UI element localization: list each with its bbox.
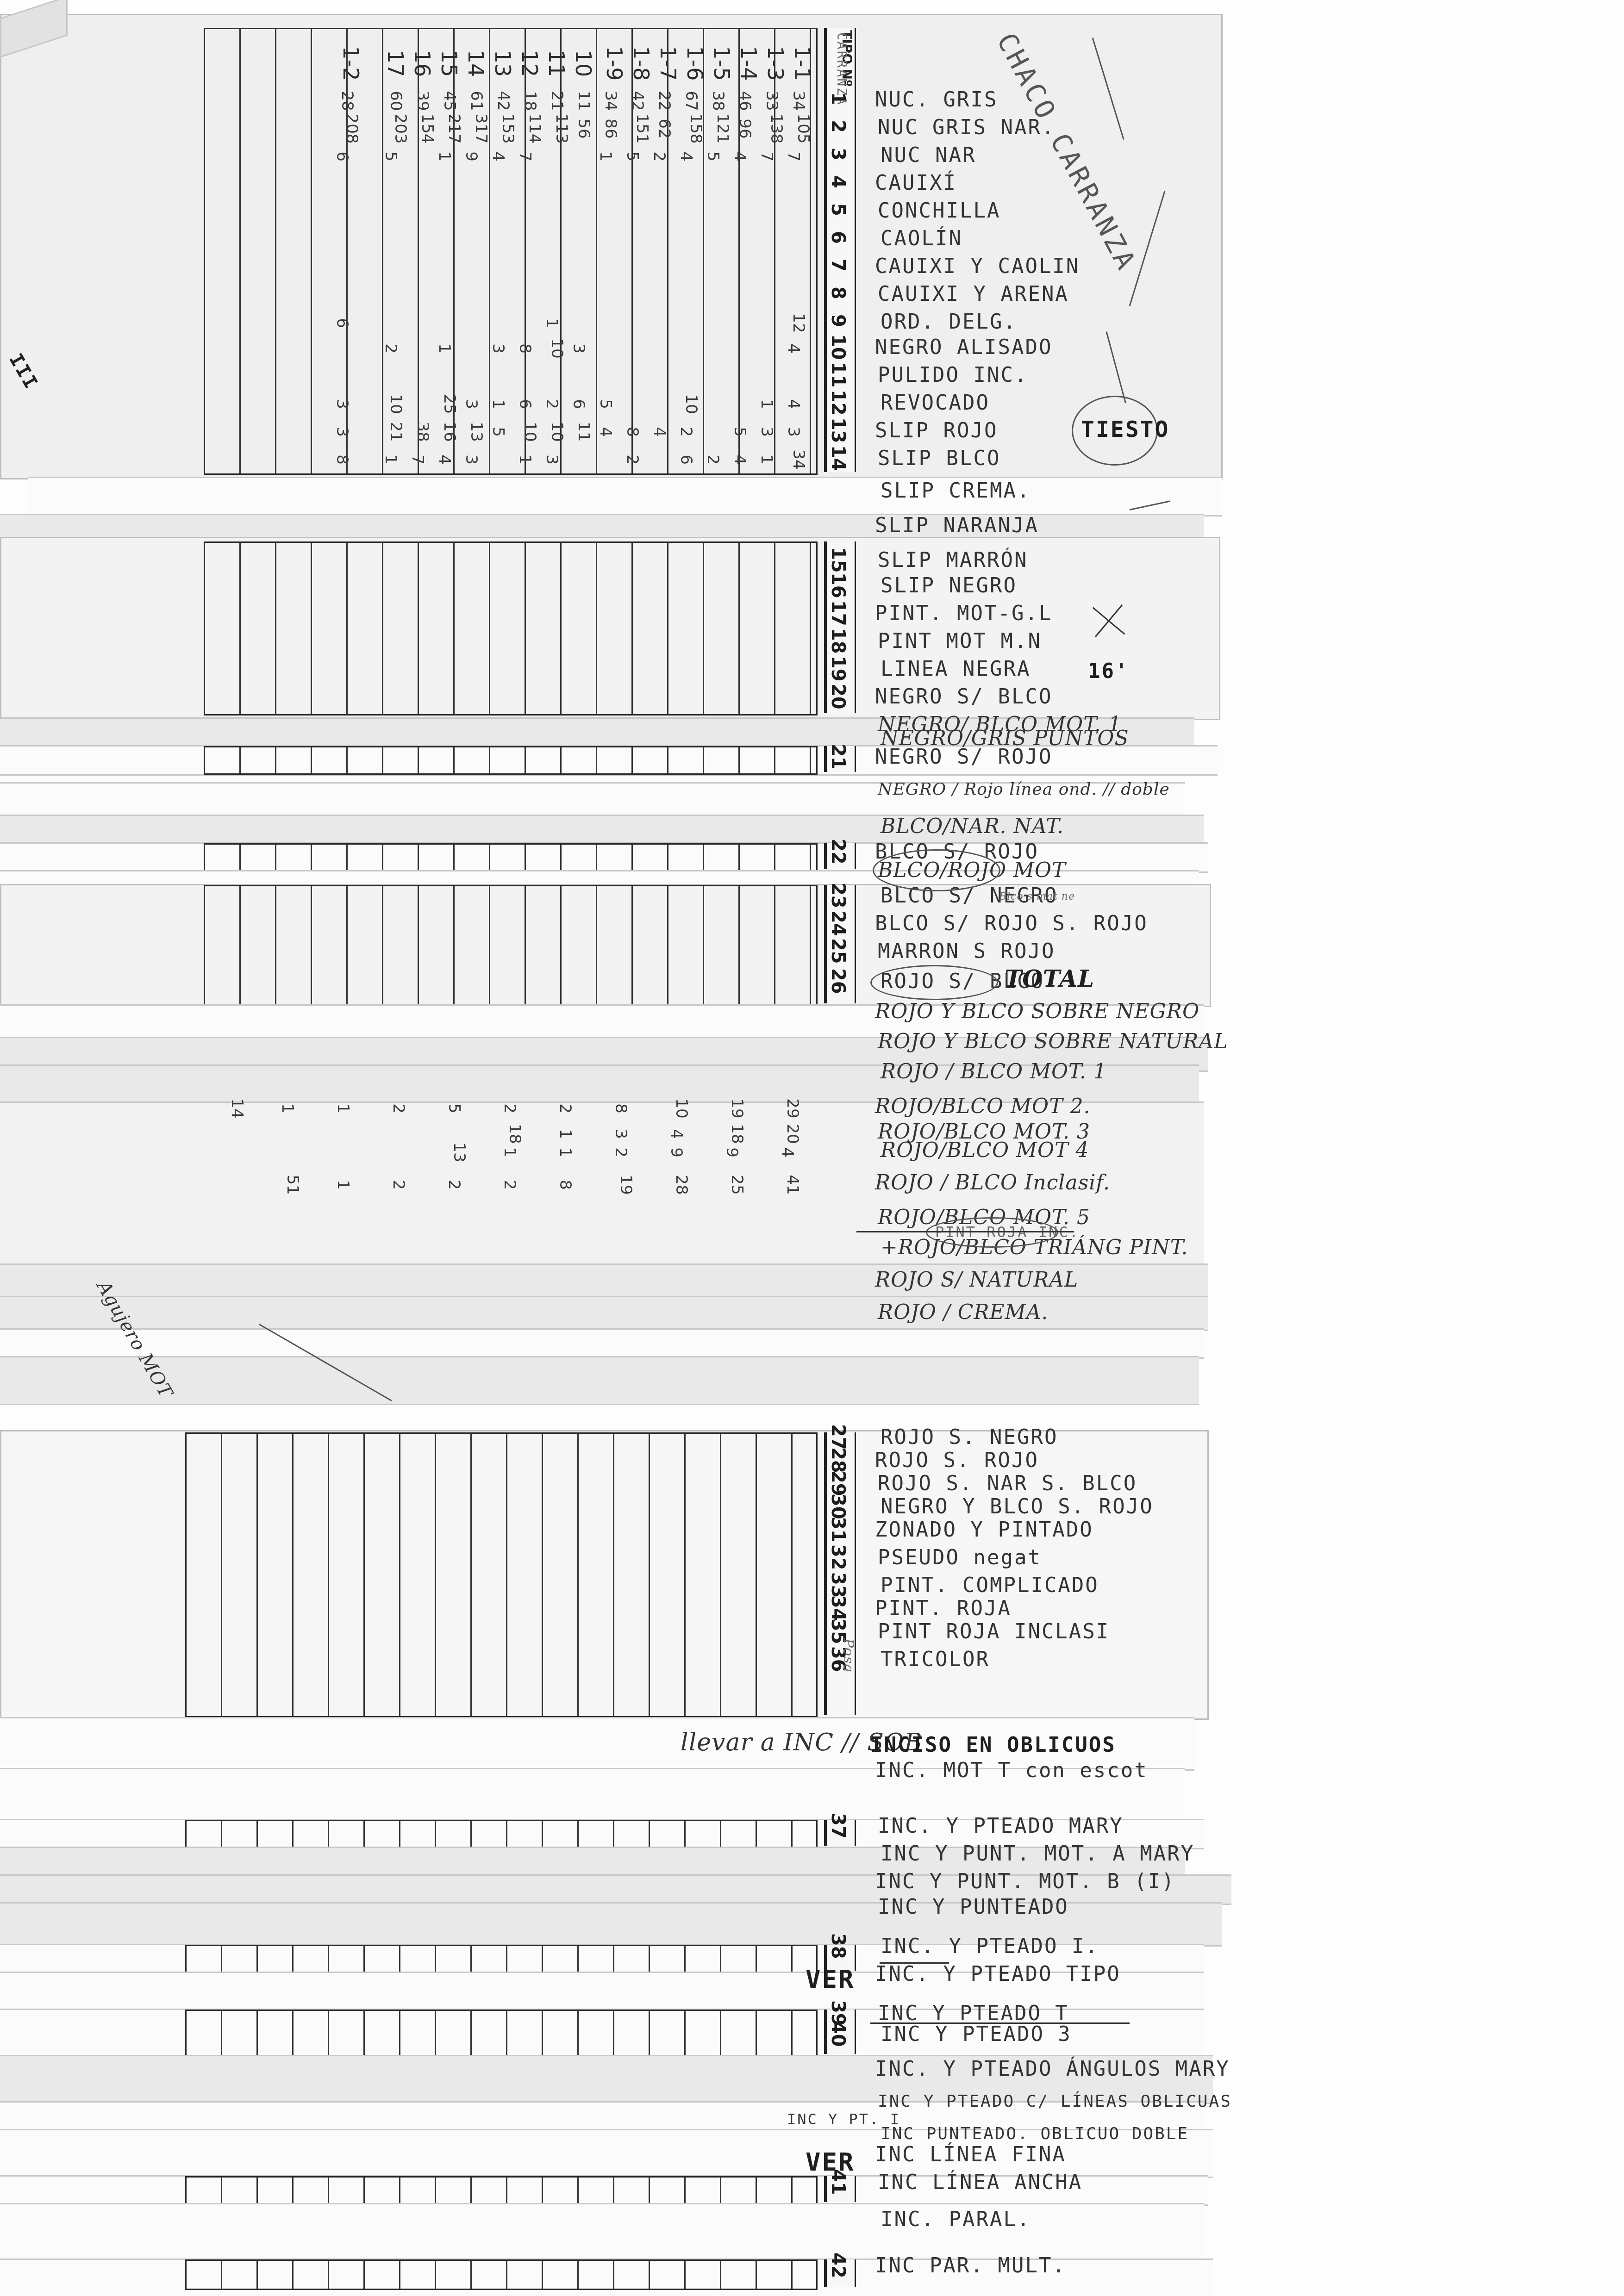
table-cell: 9 [462, 151, 481, 162]
loose-tally: 1 [278, 1103, 297, 1114]
sample-column-header: 13 [490, 50, 515, 77]
data-grid-23-26 [204, 885, 818, 1006]
type-label: SLIP NARANJA [875, 514, 1039, 537]
type-label: INC. Y PTEADO ÁNGULOS MARY [875, 2057, 1230, 2081]
table-cell: 4 [731, 151, 749, 162]
blco-s-mat-note: Blco s mat ne [999, 891, 1075, 902]
sample-column-header: 1-9 [602, 46, 627, 81]
table-cell: 113 [552, 114, 571, 144]
type-label: PULIDO INC. [878, 363, 1028, 387]
strike-rojo-blco-incl [856, 1231, 1074, 1232]
type-label: INC. PARAL. [881, 2208, 1031, 2231]
type-number: 19 [827, 656, 849, 680]
table-cell: 34 [789, 91, 808, 111]
type-number: 2 [827, 114, 849, 138]
table-cell: 105 [794, 114, 812, 144]
type-number: 6 [827, 225, 849, 249]
type-label: INC Y PUNT. MOT. A MARY [881, 1842, 1194, 1866]
type-label: SLIP CREMA. [881, 479, 1031, 503]
type-label: NUC GRIS NAR. [878, 116, 1055, 139]
type-label: CAUIXI Y CAOLIN [875, 255, 1080, 278]
type-label: PINT. ROJA [875, 1597, 1012, 1620]
type-label: NUC NAR [881, 143, 976, 167]
type-number: 5 [827, 198, 849, 222]
type-number: 9 [827, 309, 849, 333]
total-note: TOTAL [1005, 965, 1094, 992]
table-cell: 34 [789, 449, 808, 469]
type-label: INC PAR. MULT. [875, 2254, 1066, 2277]
table-cell: 62 [655, 118, 674, 138]
loose-tally: 19 [617, 1175, 635, 1195]
table-cell: 28 [338, 91, 356, 111]
table-cell: 5 [489, 427, 507, 437]
type-label: ROJO S/ NATURAL [875, 1268, 1078, 1292]
table-cell: 3 [489, 343, 507, 354]
type-label: LINEA NEGRA [881, 657, 1031, 681]
type-label: INC. Y PTEADO TIPO [875, 1962, 1121, 1986]
sample-column-header: 1-4 [736, 46, 761, 81]
loose-tally: 1 [334, 1103, 352, 1114]
type-label: NEGRO / Rojo línea ond. // doble [878, 780, 1170, 799]
table-cell: 6 [569, 399, 588, 409]
data-grid-39-40 [185, 2010, 818, 2057]
table-cell: 3 [757, 427, 776, 437]
strip [0, 1356, 1199, 1405]
type-number: 27 [827, 1424, 849, 1448]
type-label: PSEUDO negat [878, 1546, 1042, 1569]
loose-tally: 2 [500, 1180, 519, 1190]
type-label: TRICOLOR [881, 1648, 990, 1671]
table-cell: 3 [333, 427, 351, 437]
table-cell: 5 [596, 399, 615, 409]
strip [28, 477, 1222, 516]
data-grid-41 [185, 2176, 818, 2205]
type-label: PINT. COMPLICADO [881, 1574, 1099, 1597]
type-number: 3 [827, 142, 849, 166]
type-label: ROJO S. NAR S. BLCO [878, 1472, 1137, 1495]
type-number: 12 [827, 390, 849, 414]
type-label: ROJO/BLCO MOT 4 [881, 1139, 1089, 1162]
table-cell: 2 [381, 343, 400, 354]
type-number: 7 [827, 253, 849, 277]
type-number: 40 [827, 2021, 849, 2045]
type-number: 34 [827, 1595, 849, 1619]
type-number: 30 [827, 1493, 849, 1518]
type-label: SLIP ROJO [875, 419, 998, 442]
type-number: 28 [827, 1447, 849, 1471]
table-cell: 4 [731, 454, 749, 465]
type-label: INC Y PUNT. MOT. B (I) [875, 1870, 1175, 1893]
type-number: 13 [827, 417, 849, 442]
loose-tally: 1 [500, 1147, 519, 1157]
type-label: NEGRO S/ ROJO [875, 745, 1052, 769]
type-number: 26 [827, 968, 849, 992]
data-grid-21 [204, 746, 818, 775]
table-cell: 4 [677, 151, 695, 162]
table-cell: 1 [543, 318, 561, 328]
loose-tally: 41 [783, 1175, 802, 1195]
table-cell: 121 [713, 114, 732, 144]
table-cell: 10 [387, 394, 405, 414]
strike-inc-pteado-t [870, 2022, 1130, 2024]
sample-column-header: 16 [410, 50, 435, 77]
type-number: 22 [827, 839, 849, 863]
table-cell: 39 [413, 91, 432, 111]
loose-tally: 14 [228, 1098, 246, 1118]
type-label: NEGRO S/ BLCO [875, 685, 1052, 709]
loose-tally: 20 [783, 1124, 802, 1144]
table-cell: 3 [462, 399, 481, 409]
ver-note-2: VER [806, 2147, 855, 2177]
sample-column-header: 12 [517, 50, 542, 77]
type-number: 33 [827, 1572, 849, 1596]
table-cell: 21 [387, 422, 405, 442]
table-cell: 208 [343, 114, 361, 144]
data-grid-38 [185, 1945, 818, 1973]
table-cell: 2 [650, 151, 668, 162]
type-label: INC. Y PTEADO I. [881, 1935, 1099, 1958]
table-cell: 18 [521, 91, 539, 111]
type-label: ROJO / BLCO Inclasif. [875, 1171, 1110, 1195]
table-cell: 3 [784, 427, 803, 437]
type-number: 15 [827, 547, 849, 571]
table-cell: 4 [596, 427, 615, 437]
table-cell: 8 [623, 427, 642, 437]
type-label: CAOLÍN [881, 227, 962, 250]
table-cell: 4 [784, 343, 803, 354]
loose-tally: 10 [672, 1098, 691, 1118]
sample-column-header: 10 [571, 50, 596, 77]
type-label: INC Y PTEADO C/ LÍNEAS OBLICUAS [878, 2092, 1232, 2111]
loose-tally: 1 [556, 1147, 575, 1157]
type-label: CAUIXÍ [875, 171, 957, 195]
type-label: REVOCADO [881, 391, 990, 415]
table-cell: 4 [650, 427, 668, 437]
table-cell: 1 [489, 399, 507, 409]
type-label: INC. Y PTEADO MARY [878, 1814, 1124, 1838]
type-label: NUC. GRIS [875, 88, 998, 112]
type-label: BLCO/NAR. NAT. [881, 815, 1064, 838]
loose-tally: 18 [506, 1124, 524, 1144]
table-cell: 34 [601, 91, 620, 111]
type-label: INC Y PUNTEADO [878, 1895, 1069, 1919]
loose-tally: 4 [667, 1129, 686, 1139]
loose-tally: 8 [556, 1180, 575, 1190]
type-number: 31 [827, 1517, 849, 1541]
type-label: INC LÍNEA ANCHA [878, 2171, 1082, 2194]
strip [0, 1328, 1204, 1359]
loose-tally: 2 [389, 1180, 408, 1190]
table-cell: 25 [440, 394, 459, 414]
data-grid-15-20 [204, 541, 818, 716]
table-cell: 1 [596, 151, 615, 162]
table-cell: 7 [784, 151, 803, 162]
table-cell: 1 [435, 151, 454, 162]
loose-tally: 19 [728, 1098, 746, 1118]
table-cell: 3 [462, 454, 481, 465]
loose-tally: 13 [450, 1142, 468, 1162]
table-cell: 7 [408, 454, 427, 465]
loose-tally: 9 [723, 1147, 741, 1157]
strike-inc-pteado-i [880, 1962, 949, 1964]
type-label: CONCHILLA [878, 199, 1000, 223]
type-label: ROJO / BLCO MOT. 1 [881, 1060, 1107, 1083]
table-cell: 151 [633, 114, 651, 144]
type-label: NEGRO ALISADO [875, 336, 1052, 359]
data-grid-22 [204, 843, 818, 872]
sample-column-header: 1-2 [338, 46, 363, 81]
table-cell: 11 [575, 91, 593, 111]
data-grid-42 [185, 2259, 818, 2290]
type-label: INC Y PTEADO 3 [881, 2022, 1072, 2046]
table-cell: 2 [704, 454, 722, 465]
sample-column-header: 1-5 [709, 46, 734, 81]
table-cell: 16 [440, 422, 459, 442]
mark-16: 16' [1088, 660, 1129, 683]
table-cell: 5 [731, 427, 749, 437]
table-cell: 2 [623, 454, 642, 465]
type-label: ROJO S. NEGRO [881, 1425, 1058, 1449]
inciso-note: INCISO EN OBLICUOS [870, 1733, 1116, 1757]
sample-column-header: 17 [383, 50, 408, 77]
loose-tally: 2 [445, 1180, 463, 1190]
type-number: 4 [827, 170, 849, 194]
table-cell: 4 [489, 151, 507, 162]
type-number: 17 [827, 600, 849, 624]
type-number: 18 [827, 628, 849, 652]
table-cell: 6 [677, 454, 695, 465]
type-number: 1 [827, 87, 849, 111]
table-cell: 8 [333, 454, 351, 465]
loose-tally: 25 [728, 1175, 746, 1195]
loose-tally: 4 [778, 1147, 797, 1157]
blco-rojo-oval [873, 849, 1000, 891]
type-label: ZONADO Y PINTADO [875, 1518, 1093, 1542]
posa-note: Posa [840, 1638, 856, 1673]
table-cell: 8 [516, 343, 534, 354]
type-number: 10 [827, 334, 849, 358]
sample-column-header: 14 [463, 50, 488, 77]
loose-tally: 2 [389, 1103, 408, 1114]
table-cell: 10 [548, 338, 566, 358]
loose-tally: 2 [612, 1147, 630, 1157]
loose-tally: 51 [283, 1175, 302, 1195]
type-number: 29 [827, 1470, 849, 1494]
table-cell: 3 [543, 454, 561, 465]
type-label: ROJO Y BLCO SOBRE NEGRO [875, 1000, 1199, 1023]
table-cell: 6 [333, 151, 351, 162]
type-label: PINT MOT M.N [878, 629, 1042, 653]
type-label: PINT ROJA INCLASI [878, 1620, 1110, 1643]
table-cell: 10 [682, 394, 700, 414]
type-label: INC. MOT T con escot [875, 1759, 1148, 1782]
table-cell: 42 [628, 91, 647, 111]
loose-tally: 3 [612, 1129, 630, 1139]
table-cell: 2 [543, 399, 561, 409]
sample-column-header: 15 [437, 50, 462, 77]
table-cell: 45 [440, 91, 459, 111]
type-number: 32 [827, 1544, 849, 1568]
type-number: 20 [827, 684, 849, 708]
table-cell: 61 [467, 91, 486, 111]
table-cell: 4 [784, 399, 803, 409]
table-cell: 67 [682, 91, 700, 111]
ver-note-1: VER [806, 1965, 855, 1994]
loose-tally: 29 [783, 1098, 802, 1118]
type-label: ORD. DELG. [881, 310, 1017, 334]
type-label: MARRON S ROJO [878, 940, 1055, 963]
type-number: 38 [827, 1933, 849, 1957]
loose-tally: 1 [556, 1129, 575, 1139]
table-cell: 7 [757, 151, 776, 162]
table-cell: 33 [762, 91, 781, 111]
type-label: SLIP MARRÓN [878, 548, 1028, 572]
sample-column-header: 1-7 [656, 46, 681, 81]
rojo-blco-oval [870, 965, 998, 1000]
table-cell: 317 [472, 114, 490, 144]
table-cell: 96 [736, 118, 754, 138]
table-cell: 21 [548, 91, 566, 111]
table-cell: 60 [387, 91, 405, 111]
loose-tally: 28 [672, 1175, 691, 1195]
type-label: SLIP BLCO [878, 447, 1000, 470]
table-cell: 38 [709, 91, 727, 111]
type-number: 21 [827, 744, 849, 768]
table-cell: 1 [757, 399, 776, 409]
loose-tally: 9 [667, 1147, 686, 1157]
type-number: 37 [827, 1813, 849, 1837]
loose-tally: 5 [445, 1103, 463, 1114]
data-grid-37 [185, 1820, 818, 1848]
table-cell: 5 [623, 151, 642, 162]
table-cell: 2 [677, 427, 695, 437]
table-cell: 1 [381, 454, 400, 465]
table-cell: 1 [757, 454, 776, 465]
type-label: INC Y PTEADO T [878, 2002, 1069, 2025]
table-cell: 10 [521, 422, 539, 442]
type-number: 23 [827, 883, 849, 907]
type-number: 24 [827, 910, 849, 934]
table-cell: 114 [525, 114, 544, 144]
type-number: 14 [827, 445, 849, 469]
loose-tally: 1 [334, 1180, 352, 1190]
table-cell: 22 [655, 91, 674, 111]
table-cell: 5 [704, 151, 722, 162]
scanned-tally-sheet: TIPO Nº CARRANZA CHACO CARRANZA III 1-11… [0, 0, 1624, 2296]
table-cell: 138 [767, 114, 786, 144]
tiesto-note: TIESTO [1081, 417, 1169, 442]
sample-column-header: 1-6 [682, 46, 707, 81]
type-label: CAUIXI Y ARENA [878, 282, 1069, 306]
type-number: 8 [827, 281, 849, 305]
data-grid-27-36 [185, 1432, 818, 1717]
loose-tally: 8 [612, 1103, 630, 1114]
type-label: INC LÍNEA FINA [875, 2143, 1066, 2166]
table-cell: 1 [435, 343, 454, 354]
type-number: 42 [827, 2252, 849, 2277]
type-label: NEGRO Y BLCO S. ROJO [881, 1495, 1154, 1518]
inc-y-pt-i-note: INC Y PT. I [787, 2110, 900, 2128]
table-cell: 158 [687, 114, 705, 144]
type-number: 11 [827, 362, 849, 386]
sample-column-header: 1-8 [629, 46, 654, 81]
loose-tally: 2 [500, 1103, 519, 1114]
type-label: ROJO S. ROJO [875, 1449, 1039, 1472]
type-label: SLIP NEGRO [881, 574, 1017, 597]
table-cell: 10 [548, 422, 566, 442]
type-label: ROJO Y BLCO SOBRE NATURAL [878, 1030, 1228, 1053]
type-label: ROJO/BLCO MOT 2. [875, 1095, 1090, 1118]
sample-column-header: 1-3 [763, 46, 788, 81]
type-number: 16 [827, 572, 849, 597]
table-cell: 12 [789, 313, 808, 333]
table-cell: 3 [333, 399, 351, 409]
sample-column-header: 11 [544, 50, 569, 77]
table-cell: 13 [467, 422, 486, 442]
table-cell: 1 [516, 454, 534, 465]
table-cell: 153 [499, 114, 517, 144]
sample-column-header: 1-1 [790, 46, 815, 81]
table-cell: 217 [445, 114, 463, 144]
table-cell: 154 [418, 114, 437, 144]
table-cell: 56 [575, 118, 593, 138]
table-cell: 46 [736, 91, 754, 111]
type-label: ROJO / CREMA. [878, 1300, 1048, 1324]
table-cell: 203 [391, 114, 410, 144]
table-cell: 38 [413, 422, 432, 442]
type-label: BLCO S/ ROJO S. ROJO [875, 912, 1148, 935]
table-cell: 42 [494, 91, 512, 111]
table-cell: 7 [516, 151, 534, 162]
table-cell: 4 [435, 454, 454, 465]
table-cell: 6 [516, 399, 534, 409]
table-cell: 5 [381, 151, 400, 162]
type-label: PINT. MOT-G.L [875, 602, 1052, 625]
type-label: INC PUNTEADO. OBLICUO DOBLE [881, 2124, 1189, 2143]
loose-tally: 2 [556, 1103, 575, 1114]
table-cell: 6 [333, 318, 351, 328]
table-cell: 86 [601, 118, 620, 138]
table-cell: 3 [569, 343, 588, 354]
type-number: 25 [827, 938, 849, 962]
loose-tally: 18 [728, 1124, 746, 1144]
table-cell: 11 [575, 422, 593, 442]
